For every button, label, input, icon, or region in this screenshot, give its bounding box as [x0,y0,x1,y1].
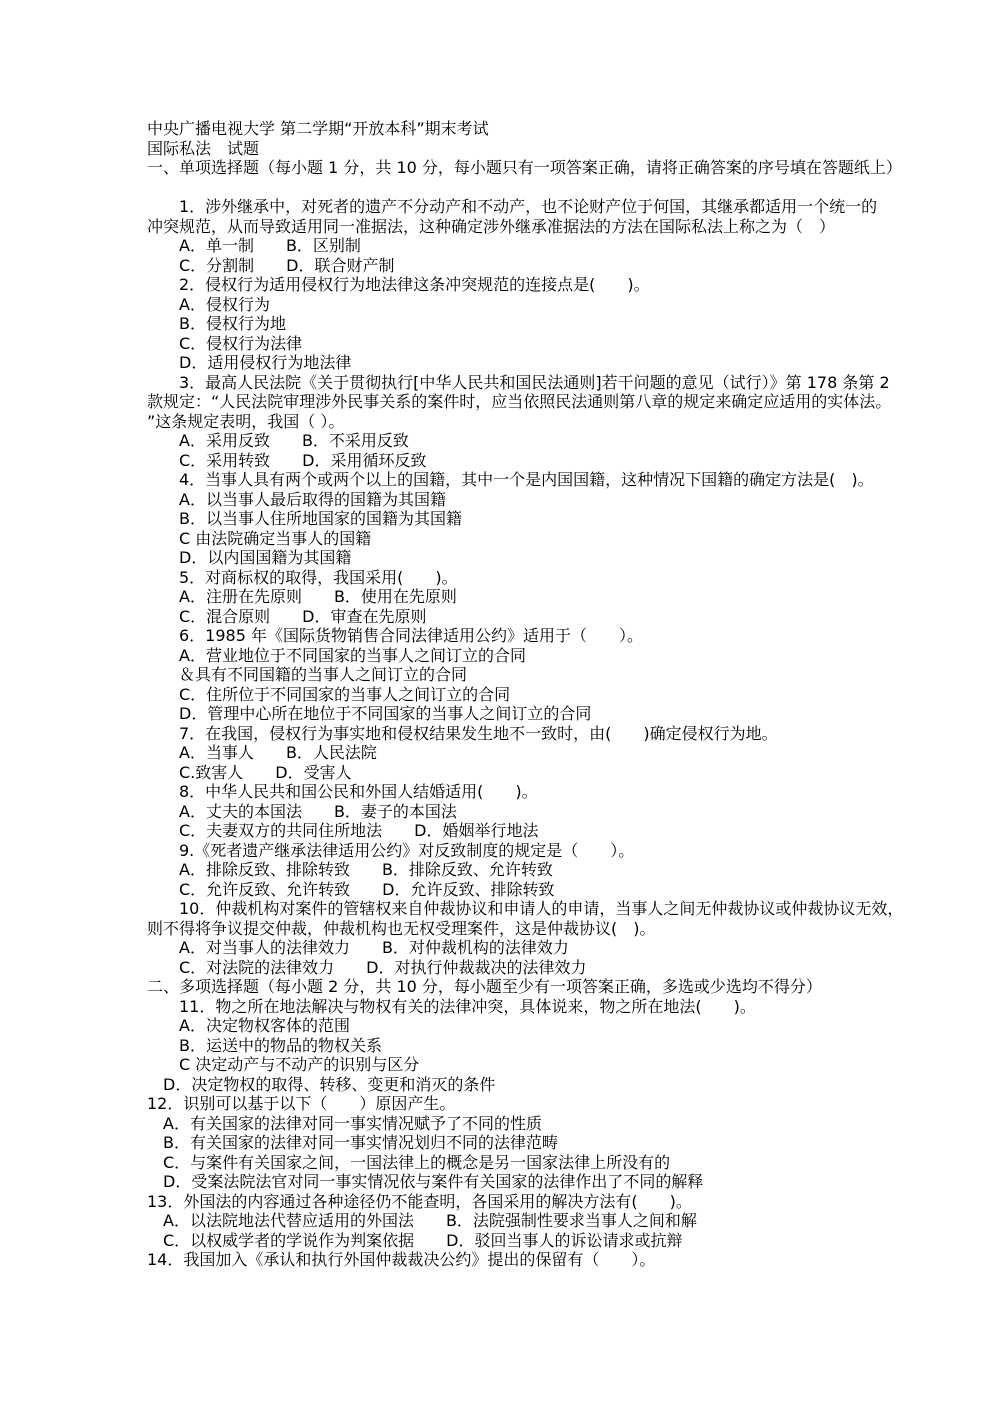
text-line: 中央广播电视大学 第二学期“开放本科”期末考试 [147,119,887,139]
text-line: A．营业地位于不同国家的当事人之间订立的合同 [147,646,887,666]
text-line: C．以权威学者的学说作为判案依据 D．驳回当事人的诉讼请求或抗辩 [147,1231,887,1251]
text-line: C．夫妻双方的共同住所地法 D．婚姻举行地法 [147,821,887,841]
text-line: A．以法院地法代替应适用的外国法 B．法院强制性要求当事人之间和解 [147,1211,887,1231]
text-line: C．住所位于不同国家的当事人之间订立的合同 [147,685,887,705]
text-line: A．对当事人的法律效力 B．对仲裁机构的法律效力 [147,938,887,958]
text-line: D．管理中心所在地位于不同国家的当事人之间订立的合同 [147,704,887,724]
text-line: C．采用转致 D．采用循环反致 [147,451,887,471]
text-line: A．排除反致、排除转致 B．排除反致、允许转致 [147,860,887,880]
text-line: 国际私法 试题 [147,139,887,159]
text-line: 14．我国加入《承认和执行外国仲裁裁决公约》提出的保留有（ ）。 [147,1250,887,1270]
text-line: C．与案件有关国家之间，一国法律上的概念是另一国家法律上所没有的 [147,1153,887,1173]
text-line: C．分割制 D．联合财产制 [147,256,887,276]
text-line: B．运送中的物品的物权关系 [147,1036,887,1056]
text-line: 11．物之所在地法解决与物权有关的法律冲突，具体说来，物之所在地法( )。 [147,997,887,1017]
text-line: 一、单项选择题（每小题 1 分，共 10 分，每小题只有一项答案正确，请将正确答… [147,158,887,178]
text-line: ”这条规定表明，我国（ ）。 [147,412,887,432]
text-line: 5．对商标权的取得，我国采用( )。 [147,568,887,588]
text-line: 4．当事人具有两个或两个以上的国籍，其中一个是内国国籍，这种情况下国籍的确定方法… [147,470,887,490]
text-line: A．丈夫的本国法 B．妻子的本国法 [147,802,887,822]
text-line: D．受案法院法官对同一事实情况依与案件有关国家的法律作出了不同的解释 [147,1172,887,1192]
text-line: 9.《死者遗产继承法律适用公约》对反致制度的规定是（ ）。 [147,841,887,861]
text-line: 款规定：“人民法院审理涉外民事关系的案件时，应当依照民法通则第八章的规定来确定应… [147,392,887,412]
text-line: A．采用反致 B．不采用反致 [147,431,887,451]
text-line: 1．涉外继承中，对死者的遗产不分动产和不动产，也不论财产位于何国，其继承都适用一… [147,197,887,217]
text-line [147,178,887,198]
text-line: 10．仲裁机构对案件的管辖权来自仲裁协议和申请人的申请，当事人之间无仲裁协议或仲… [147,899,887,919]
text-line: C.致害人 D．受害人 [147,763,887,783]
text-line: 8．中华人民共和国公民和外国人结婚适用( )。 [147,782,887,802]
text-line: 则不得将争议提交仲裁，仲裁机构也无权受理案件，这是仲裁协议( )。 [147,919,887,939]
text-line: 6．1985 年《国际货物销售合同法律适用公约》适用于（ ）。 [147,626,887,646]
text-line: B．有关国家的法律对同一事实情况划归不同的法律范畴 [147,1133,887,1153]
text-line: B．侵权行为地 [147,314,887,334]
text-line: C．混合原则 D．审查在先原则 [147,607,887,627]
text-line: B．以当事人住所地国家的国籍为其国籍 [147,509,887,529]
text-line: 二、多项选择题（每小题 2 分，共 10 分，每小题至少有一项答案正确，多选或少… [147,977,887,997]
text-line: D．决定物权的取得、转移、变更和消灭的条件 [147,1075,887,1095]
text-line: C．允许反致、允许转致 D．允许反致、排除转致 [147,880,887,900]
text-line: A．单一制 B．区别制 [147,236,887,256]
text-line: C．对法院的法律效力 D．对执行仲裁裁决的法律效力 [147,958,887,978]
text-line: C 决定动产与不动产的识别与区分 [147,1055,887,1075]
text-line: C 由法院确定当事人的国籍 [147,529,887,549]
text-line: A．有关国家的法律对同一事实情况赋予了不同的性质 [147,1114,887,1134]
text-line: 2．侵权行为适用侵权行为地法律这条冲突规范的连接点是( )。 [147,275,887,295]
text-line: D．适用侵权行为地法律 [147,353,887,373]
text-line: A．以当事人最后取得的国籍为其国籍 [147,490,887,510]
text-line: 冲突规范，从而导致适用同一准据法，这种确定涉外继承准据法的方法在国际私法上称之为… [147,217,887,237]
text-line: A．注册在先原则 B．使用在先原则 [147,587,887,607]
text-line: 3．最高人民法院《关于贯彻执行[中华人民共和国民法通则]若干问题的意见（试行）》… [147,373,887,393]
text-line: ＆具有不同国籍的当事人之间订立的合同 [147,665,887,685]
text-line: 7．在我国，侵权行为事实地和侵权结果发生地不一致时，由( )确定侵权行为地。 [147,724,887,744]
text-line: 13．外国法的内容通过各种途径仍不能查明，各国采用的解决方法有( )。 [147,1192,887,1212]
text-line: A．侵权行为 [147,295,887,315]
text-line: D．以内国国籍为其国籍 [147,548,887,568]
text-line: A．当事人 B．人民法院 [147,743,887,763]
text-line: 12．识别可以基于以下（ ）原因产生。 [147,1094,887,1114]
text-line: A．决定物权客体的范围 [147,1016,887,1036]
text-line: C．侵权行为法律 [147,334,887,354]
exam-document: 中央广播电视大学 第二学期“开放本科”期末考试国际私法 试题一、单项选择题（每小… [147,119,887,1270]
